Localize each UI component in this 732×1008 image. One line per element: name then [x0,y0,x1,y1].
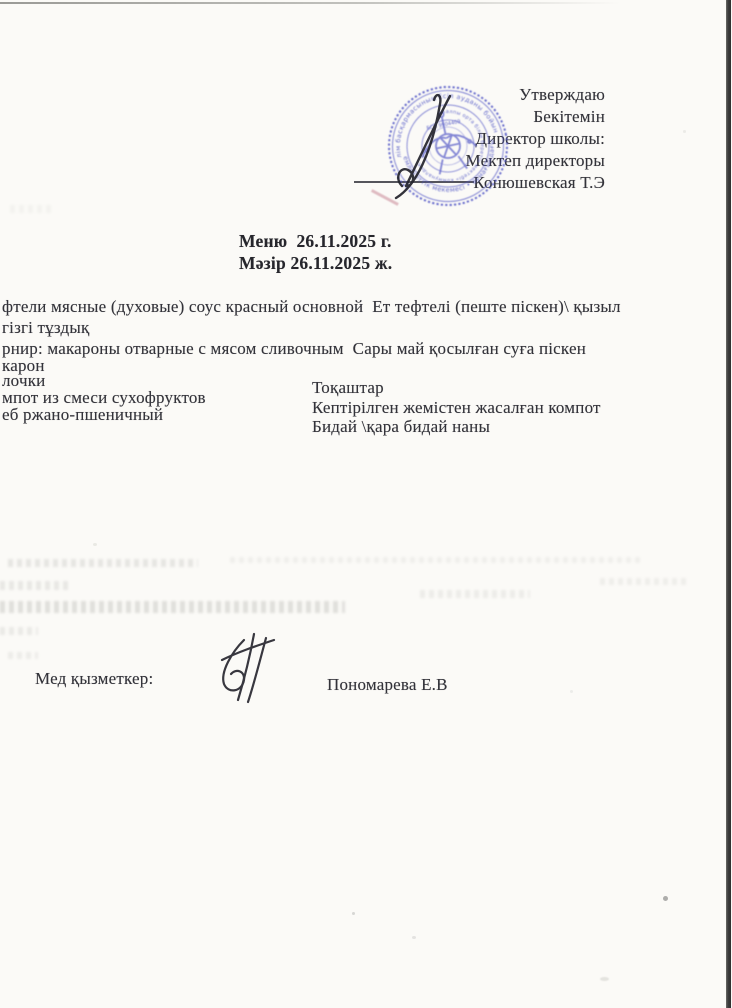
menu-line-meatballs: фтели мясные (духовые) соус красный осно… [2,297,621,317]
menu-row-bread-ru: еб ржано-пшеничный [2,405,163,425]
bleed-through-smudge [0,601,345,613]
bleed-through-smudge [230,557,640,563]
scan-speck [600,977,609,981]
scan-speck [412,936,416,939]
scanned-menu-document: { "approval": { "lines": ["Утверждаю", "… [0,0,732,1008]
scan-speck [352,912,355,915]
bleed-through-smudge [8,652,38,659]
bleed-through-smudge [0,581,70,590]
menu-row-bread-kz: Бидай \қара бидай наны [312,417,490,437]
menu-title: Меню 26.11.2025 г. Мәзір 26.11.2025 ж. [239,230,392,274]
bleed-through-smudge [420,590,530,598]
scan-speck [683,130,686,133]
med-worker-signature [210,630,280,705]
scan-speck [663,896,668,901]
menu-row-buns-kz: Тоқаштар [312,378,384,398]
bleed-through-smudge [8,559,198,567]
bleed-through-smudge [600,578,690,585]
menu-line-garnish: рнир: макароны отварные с мясом сливочны… [2,339,586,359]
scan-top-edge [0,2,660,4]
menu-title-kz: Мәзір 26.11.2025 ж. [239,252,392,274]
menu-line-sauce-kz: гізгі тұздық [2,318,89,338]
med-worker-name: Пономарева Е.В [327,675,448,695]
scan-speck [570,690,573,693]
scan-speck [93,543,97,546]
med-worker-label: Мед қызметкер: [35,669,153,689]
menu-title-ru: Меню 26.11.2025 г. [239,230,392,252]
school-stamp: білім басқармасының Есіл ауданы бойынша … [380,74,530,224]
menu-row-compote-kz: Кептірілген жемістен жасалған компот [312,398,601,418]
bleed-through-smudge [0,627,38,635]
scan-right-edge [726,0,731,1008]
bleed-through-smudge [10,205,55,213]
